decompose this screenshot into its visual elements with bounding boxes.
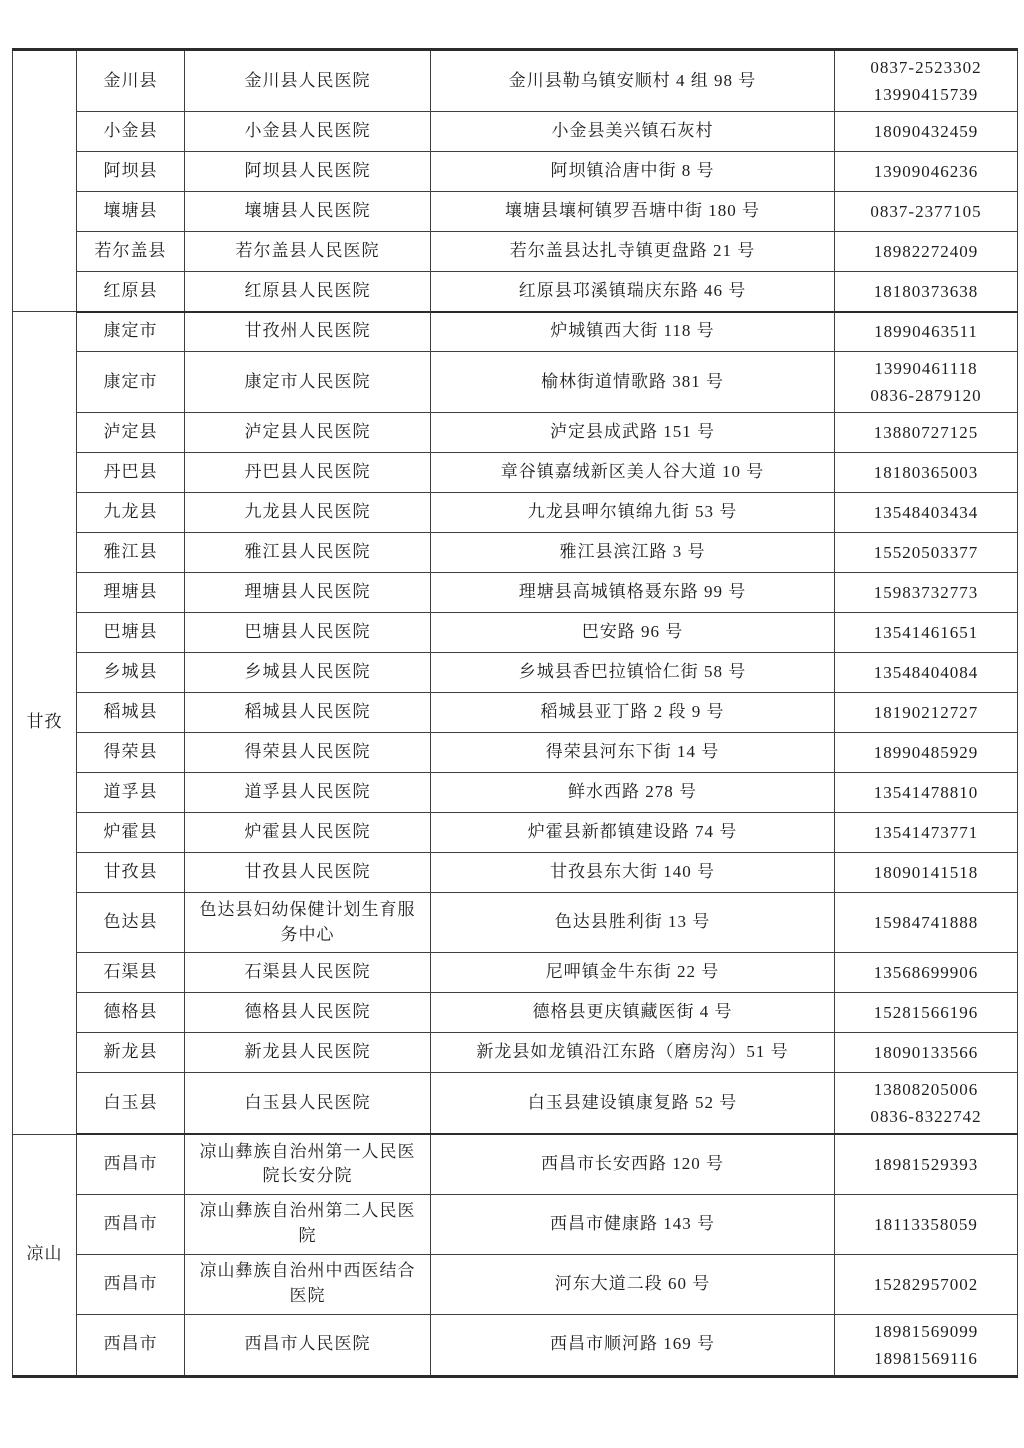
hospital-cell: 壤塘县人民医院 bbox=[185, 192, 431, 232]
hospital-cell: 色达县妇幼保健计划生育服务中心 bbox=[185, 893, 431, 953]
phone-cell: 0837-2377105 bbox=[835, 192, 1018, 232]
address-cell: 得荣县河东下街 14 号 bbox=[431, 733, 835, 773]
phone-number: 18090432459 bbox=[843, 118, 1009, 145]
table-row: 壤塘县 壤塘县人民医院 壤塘县壤柯镇罗吾塘中街 180 号 0837-23771… bbox=[13, 192, 1018, 232]
table-row: 白玉县 白玉县人民医院 白玉县建设镇康复路 52 号 13808205006 0… bbox=[13, 1073, 1018, 1135]
address-cell: 白玉县建设镇康复路 52 号 bbox=[431, 1073, 835, 1135]
hospital-cell: 雅江县人民医院 bbox=[185, 533, 431, 573]
county-cell: 金川县 bbox=[77, 50, 185, 112]
phone-number: 18981529393 bbox=[843, 1151, 1009, 1178]
address-cell: 理塘县高城镇格聂东路 99 号 bbox=[431, 573, 835, 613]
region-cell bbox=[13, 50, 77, 312]
county-cell: 西昌市 bbox=[77, 1314, 185, 1376]
hospital-cell: 九龙县人民医院 bbox=[185, 493, 431, 533]
county-cell: 若尔盖县 bbox=[77, 232, 185, 272]
hospital-cell: 甘孜县人民医院 bbox=[185, 853, 431, 893]
phone-number: 18180365003 bbox=[843, 459, 1009, 486]
table-row: 泸定县 泸定县人民医院 泸定县成武路 151 号 13880727125 bbox=[13, 413, 1018, 453]
hospital-cell: 新龙县人民医院 bbox=[185, 1033, 431, 1073]
table-row: 西昌市 凉山彝族自治州中西医结合医院 河东大道二段 60 号 152829570… bbox=[13, 1254, 1018, 1314]
address-cell: 新龙县如龙镇沿江东路（磨房沟）51 号 bbox=[431, 1033, 835, 1073]
phone-cell: 15282957002 bbox=[835, 1254, 1018, 1314]
table-row: 小金县 小金县人民医院 小金县美兴镇石灰村 18090432459 bbox=[13, 112, 1018, 152]
hospital-cell: 石渠县人民医院 bbox=[185, 953, 431, 993]
phone-cell: 18090141518 bbox=[835, 853, 1018, 893]
phone-cell: 13880727125 bbox=[835, 413, 1018, 453]
county-cell: 色达县 bbox=[77, 893, 185, 953]
region-cell: 凉山 bbox=[13, 1134, 77, 1376]
table-row: 色达县 色达县妇幼保健计划生育服务中心 色达县胜利街 13 号 15984741… bbox=[13, 893, 1018, 953]
address-cell: 金川县勒乌镇安顺村 4 组 98 号 bbox=[431, 50, 835, 112]
table-row: 西昌市 西昌市人民医院 西昌市顺河路 169 号 18981569099 189… bbox=[13, 1314, 1018, 1376]
table-row: 石渠县 石渠县人民医院 尼呷镇金牛东街 22 号 13568699906 bbox=[13, 953, 1018, 993]
table-row: 西昌市 凉山彝族自治州第二人民医院 西昌市健康路 143 号 181133580… bbox=[13, 1194, 1018, 1254]
phone-cell: 15983732773 bbox=[835, 573, 1018, 613]
phone-cell: 13548403434 bbox=[835, 493, 1018, 533]
county-cell: 稻城县 bbox=[77, 693, 185, 733]
county-cell: 西昌市 bbox=[77, 1194, 185, 1254]
phone-cell: 15984741888 bbox=[835, 893, 1018, 953]
phone-number: 13548404084 bbox=[843, 659, 1009, 686]
region-cell: 甘孜 bbox=[13, 312, 77, 1135]
address-cell: 雅江县滨江路 3 号 bbox=[431, 533, 835, 573]
address-cell: 小金县美兴镇石灰村 bbox=[431, 112, 835, 152]
address-cell: 西昌市长安西路 120 号 bbox=[431, 1134, 835, 1194]
phone-number: 15281566196 bbox=[843, 999, 1009, 1026]
phone-number: 0836-2879120 bbox=[843, 382, 1009, 409]
county-cell: 泸定县 bbox=[77, 413, 185, 453]
address-cell: 西昌市顺河路 169 号 bbox=[431, 1314, 835, 1376]
phone-number: 13568699906 bbox=[843, 959, 1009, 986]
hospital-cell: 凉山彝族自治州中西医结合医院 bbox=[185, 1254, 431, 1314]
hospital-cell: 理塘县人民医院 bbox=[185, 573, 431, 613]
hospital-cell: 白玉县人民医院 bbox=[185, 1073, 431, 1135]
county-cell: 得荣县 bbox=[77, 733, 185, 773]
phone-cell: 18990463511 bbox=[835, 312, 1018, 352]
address-cell: 稻城县亚丁路 2 段 9 号 bbox=[431, 693, 835, 733]
address-cell: 乡城县香巴拉镇恰仁街 58 号 bbox=[431, 653, 835, 693]
county-cell: 乡城县 bbox=[77, 653, 185, 693]
phone-cell: 18990485929 bbox=[835, 733, 1018, 773]
table-row: 得荣县 得荣县人民医院 得荣县河东下街 14 号 18990485929 bbox=[13, 733, 1018, 773]
phone-cell: 13548404084 bbox=[835, 653, 1018, 693]
phone-cell: 13541473771 bbox=[835, 813, 1018, 853]
county-cell: 红原县 bbox=[77, 272, 185, 312]
phone-number: 18090133566 bbox=[843, 1039, 1009, 1066]
table-row: 炉霍县 炉霍县人民医院 炉霍县新都镇建设路 74 号 13541473771 bbox=[13, 813, 1018, 853]
phone-number: 18190212727 bbox=[843, 699, 1009, 726]
county-cell: 巴塘县 bbox=[77, 613, 185, 653]
phone-cell: 13990461118 0836-2879120 bbox=[835, 352, 1018, 413]
hospital-cell: 红原县人民医院 bbox=[185, 272, 431, 312]
hospital-cell: 金川县人民医院 bbox=[185, 50, 431, 112]
hospital-cell: 西昌市人民医院 bbox=[185, 1314, 431, 1376]
phone-number: 15984741888 bbox=[843, 909, 1009, 936]
phone-number: 13990415739 bbox=[843, 81, 1009, 108]
phone-cell: 13808205006 0836-8322742 bbox=[835, 1073, 1018, 1135]
phone-number: 18990485929 bbox=[843, 739, 1009, 766]
phone-cell: 13909046236 bbox=[835, 152, 1018, 192]
county-cell: 康定市 bbox=[77, 312, 185, 352]
county-cell: 雅江县 bbox=[77, 533, 185, 573]
phone-number: 18982272409 bbox=[843, 238, 1009, 265]
table-row: 金川县 金川县人民医院 金川县勒乌镇安顺村 4 组 98 号 0837-2523… bbox=[13, 50, 1018, 112]
phone-cell: 18090432459 bbox=[835, 112, 1018, 152]
hospital-cell: 道孚县人民医院 bbox=[185, 773, 431, 813]
table-row: 德格县 德格县人民医院 德格县更庆镇藏医街 4 号 15281566196 bbox=[13, 993, 1018, 1033]
table-row: 若尔盖县 若尔盖县人民医院 若尔盖县达扎寺镇更盘路 21 号 189822724… bbox=[13, 232, 1018, 272]
county-cell: 西昌市 bbox=[77, 1254, 185, 1314]
address-cell: 炉霍县新都镇建设路 74 号 bbox=[431, 813, 835, 853]
hospital-cell: 凉山彝族自治州第二人民医院 bbox=[185, 1194, 431, 1254]
table-row: 康定市 康定市人民医院 榆林街道情歌路 381 号 13990461118 08… bbox=[13, 352, 1018, 413]
hospital-cell: 乡城县人民医院 bbox=[185, 653, 431, 693]
phone-number: 13541473771 bbox=[843, 819, 1009, 846]
phone-number: 13541461651 bbox=[843, 619, 1009, 646]
phone-number: 18180373638 bbox=[843, 278, 1009, 305]
address-cell: 炉城镇西大街 118 号 bbox=[431, 312, 835, 352]
table-row: 新龙县 新龙县人民医院 新龙县如龙镇沿江东路（磨房沟）51 号 18090133… bbox=[13, 1033, 1018, 1073]
address-cell: 西昌市健康路 143 号 bbox=[431, 1194, 835, 1254]
hospital-cell: 巴塘县人民医院 bbox=[185, 613, 431, 653]
phone-cell: 18981569099 18981569116 bbox=[835, 1314, 1018, 1376]
phone-cell: 13568699906 bbox=[835, 953, 1018, 993]
hospital-contact-table-wrapper: 金川县 金川县人民医院 金川县勒乌镇安顺村 4 组 98 号 0837-2523… bbox=[12, 48, 1017, 1378]
hospital-cell: 炉霍县人民医院 bbox=[185, 813, 431, 853]
county-cell: 康定市 bbox=[77, 352, 185, 413]
table-row: 道孚县 道孚县人民医院 鲜水西路 278 号 13541478810 bbox=[13, 773, 1018, 813]
address-cell: 榆林街道情歌路 381 号 bbox=[431, 352, 835, 413]
address-cell: 章谷镇嘉绒新区美人谷大道 10 号 bbox=[431, 453, 835, 493]
county-cell: 甘孜县 bbox=[77, 853, 185, 893]
phone-cell: 18981529393 bbox=[835, 1134, 1018, 1194]
phone-cell: 18190212727 bbox=[835, 693, 1018, 733]
phone-cell: 18180373638 bbox=[835, 272, 1018, 312]
phone-number: 0837-2377105 bbox=[843, 198, 1009, 225]
hospital-cell: 稻城县人民医院 bbox=[185, 693, 431, 733]
table-row: 稻城县 稻城县人民医院 稻城县亚丁路 2 段 9 号 18190212727 bbox=[13, 693, 1018, 733]
phone-number: 13548403434 bbox=[843, 499, 1009, 526]
phone-number: 0836-8322742 bbox=[843, 1103, 1009, 1130]
hospital-cell: 丹巴县人民医院 bbox=[185, 453, 431, 493]
hospital-cell: 凉山彝族自治州第一人民医院长安分院 bbox=[185, 1134, 431, 1194]
county-cell: 理塘县 bbox=[77, 573, 185, 613]
phone-number: 13880727125 bbox=[843, 419, 1009, 446]
phone-number: 13808205006 bbox=[843, 1076, 1009, 1103]
phone-number: 13990461118 bbox=[843, 355, 1009, 382]
county-cell: 壤塘县 bbox=[77, 192, 185, 232]
hospital-cell: 甘孜州人民医院 bbox=[185, 312, 431, 352]
county-cell: 白玉县 bbox=[77, 1073, 185, 1135]
hospital-cell: 泸定县人民医院 bbox=[185, 413, 431, 453]
address-cell: 泸定县成武路 151 号 bbox=[431, 413, 835, 453]
table-row: 甘孜县 甘孜县人民医院 甘孜县东大街 140 号 18090141518 bbox=[13, 853, 1018, 893]
address-cell: 九龙县呷尔镇绵九街 53 号 bbox=[431, 493, 835, 533]
table-row: 乡城县 乡城县人民医院 乡城县香巴拉镇恰仁街 58 号 13548404084 bbox=[13, 653, 1018, 693]
phone-number: 13541478810 bbox=[843, 779, 1009, 806]
hospital-contact-table: 金川县 金川县人民医院 金川县勒乌镇安顺村 4 组 98 号 0837-2523… bbox=[12, 48, 1018, 1378]
table-row: 凉山 西昌市 凉山彝族自治州第一人民医院长安分院 西昌市长安西路 120 号 1… bbox=[13, 1134, 1018, 1194]
hospital-cell: 小金县人民医院 bbox=[185, 112, 431, 152]
phone-cell: 13541461651 bbox=[835, 613, 1018, 653]
address-cell: 色达县胜利街 13 号 bbox=[431, 893, 835, 953]
phone-number: 18990463511 bbox=[843, 318, 1009, 345]
phone-number: 13909046236 bbox=[843, 158, 1009, 185]
address-cell: 巴安路 96 号 bbox=[431, 613, 835, 653]
county-cell: 九龙县 bbox=[77, 493, 185, 533]
county-cell: 阿坝县 bbox=[77, 152, 185, 192]
hospital-cell: 若尔盖县人民医院 bbox=[185, 232, 431, 272]
phone-cell: 18113358059 bbox=[835, 1194, 1018, 1254]
address-cell: 红原县邛溪镇瑞庆东路 46 号 bbox=[431, 272, 835, 312]
table-row: 理塘县 理塘县人民医院 理塘县高城镇格聂东路 99 号 15983732773 bbox=[13, 573, 1018, 613]
phone-number: 15520503377 bbox=[843, 539, 1009, 566]
phone-cell: 0837-2523302 13990415739 bbox=[835, 50, 1018, 112]
table-row: 丹巴县 丹巴县人民医院 章谷镇嘉绒新区美人谷大道 10 号 1818036500… bbox=[13, 453, 1018, 493]
county-cell: 新龙县 bbox=[77, 1033, 185, 1073]
hospital-cell: 康定市人民医院 bbox=[185, 352, 431, 413]
county-cell: 丹巴县 bbox=[77, 453, 185, 493]
table-row: 雅江县 雅江县人民医院 雅江县滨江路 3 号 15520503377 bbox=[13, 533, 1018, 573]
county-cell: 西昌市 bbox=[77, 1134, 185, 1194]
address-cell: 壤塘县壤柯镇罗吾塘中街 180 号 bbox=[431, 192, 835, 232]
hospital-cell: 德格县人民医院 bbox=[185, 993, 431, 1033]
phone-number: 18981569116 bbox=[843, 1345, 1009, 1372]
phone-number: 18090141518 bbox=[843, 859, 1009, 886]
phone-number: 18113358059 bbox=[843, 1211, 1009, 1238]
phone-cell: 18982272409 bbox=[835, 232, 1018, 272]
phone-number: 18981569099 bbox=[843, 1318, 1009, 1345]
table-row: 九龙县 九龙县人民医院 九龙县呷尔镇绵九街 53 号 13548403434 bbox=[13, 493, 1018, 533]
phone-cell: 13541478810 bbox=[835, 773, 1018, 813]
table-row: 巴塘县 巴塘县人民医院 巴安路 96 号 13541461651 bbox=[13, 613, 1018, 653]
address-cell: 尼呷镇金牛东街 22 号 bbox=[431, 953, 835, 993]
phone-cell: 18090133566 bbox=[835, 1033, 1018, 1073]
table-row: 甘孜 康定市 甘孜州人民医院 炉城镇西大街 118 号 18990463511 bbox=[13, 312, 1018, 352]
table-row: 阿坝县 阿坝县人民医院 阿坝镇洽唐中街 8 号 13909046236 bbox=[13, 152, 1018, 192]
address-cell: 甘孜县东大街 140 号 bbox=[431, 853, 835, 893]
address-cell: 鲜水西路 278 号 bbox=[431, 773, 835, 813]
county-cell: 小金县 bbox=[77, 112, 185, 152]
address-cell: 河东大道二段 60 号 bbox=[431, 1254, 835, 1314]
address-cell: 若尔盖县达扎寺镇更盘路 21 号 bbox=[431, 232, 835, 272]
county-cell: 石渠县 bbox=[77, 953, 185, 993]
phone-number: 15282957002 bbox=[843, 1271, 1009, 1298]
phone-cell: 18180365003 bbox=[835, 453, 1018, 493]
address-cell: 阿坝镇洽唐中街 8 号 bbox=[431, 152, 835, 192]
county-cell: 炉霍县 bbox=[77, 813, 185, 853]
county-cell: 德格县 bbox=[77, 993, 185, 1033]
hospital-cell: 得荣县人民医院 bbox=[185, 733, 431, 773]
hospital-cell: 阿坝县人民医院 bbox=[185, 152, 431, 192]
county-cell: 道孚县 bbox=[77, 773, 185, 813]
phone-number: 15983732773 bbox=[843, 579, 1009, 606]
address-cell: 德格县更庆镇藏医街 4 号 bbox=[431, 993, 835, 1033]
phone-cell: 15281566196 bbox=[835, 993, 1018, 1033]
phone-number: 0837-2523302 bbox=[843, 54, 1009, 81]
phone-cell: 15520503377 bbox=[835, 533, 1018, 573]
table-row: 红原县 红原县人民医院 红原县邛溪镇瑞庆东路 46 号 18180373638 bbox=[13, 272, 1018, 312]
